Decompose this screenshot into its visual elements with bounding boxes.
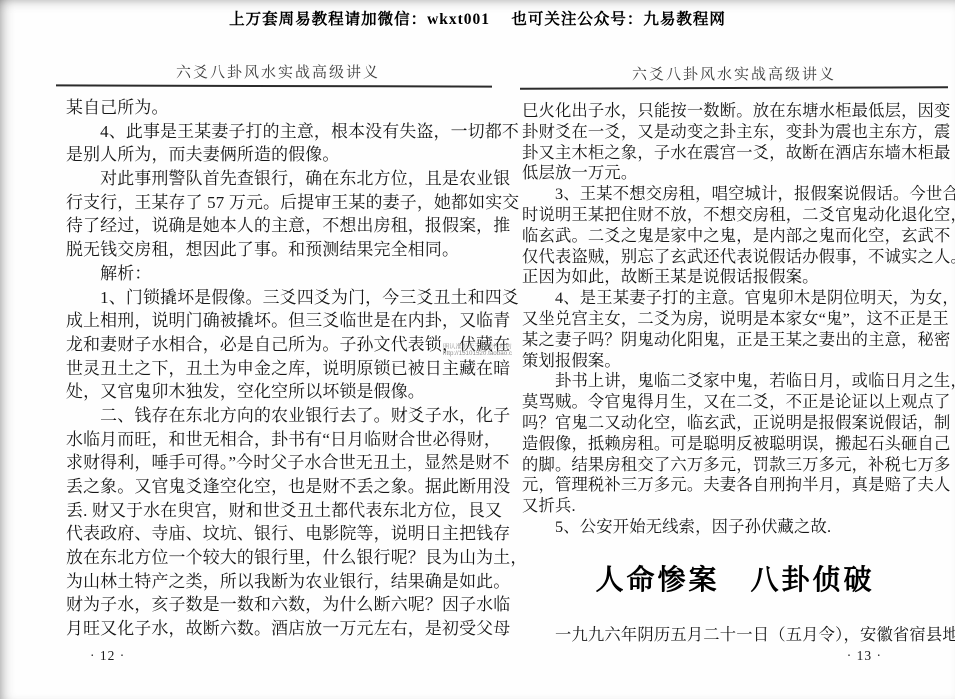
text-line: 求财得利，唾手可得。”今时父子水合世无丑土，显然是财不 xyxy=(66,451,490,475)
text-line: 为山林土特产之类，所以我断为农业银行，结果确是如此。 xyxy=(66,570,490,594)
text-line: 时说明王某把住财不放，不想交房租，二爻官鬼动化退化空， xyxy=(522,205,948,226)
text-line: 1、门锁撬坏是假像。三爻四爻为门，今三爻丑土和四爻 xyxy=(66,286,490,310)
text-line: 解析： xyxy=(66,262,490,286)
text-line: 水临月而旺，和世无相合，卦书有“日月临财合世必得财， xyxy=(66,428,490,452)
text-line: 成上相刑，说明门确被撬坏。但三爻临世是在内卦，又临青 xyxy=(66,309,490,333)
scanned-book-spread: 上万套周易教程请加微信：wkxt001 也可关注公众号：九易教程网 六爻八卦风水… xyxy=(0,0,955,699)
text-line: 丢. 财又于水在臾宫，财和世爻丑土都代表东北方位，艮又 xyxy=(66,499,490,523)
text-line: 龙和妻财子水相合，必是自己所为。子孙文代表锁，伏藏在 xyxy=(66,333,490,357)
text-line: 又折兵. xyxy=(522,496,948,517)
taobao-watermark: 明认准半天不打烊代理店 http://15101520.taobao.c xyxy=(443,344,537,356)
text-line: 脱无钱交房租，想因此了事。和预测结果完全相同。 xyxy=(66,238,490,262)
case-date-line: 一九九六年阴历五月二十一日（五月令），安徽省宿县地 xyxy=(522,621,948,645)
text-line: 对此事刑警队首先查银行，确在东北方位，且是农业银 xyxy=(66,167,490,191)
text-line: 策划报假案。 xyxy=(522,351,948,372)
text-line: 吗？官鬼二又动化空，临玄武，正说明是报假案说假话，制 xyxy=(522,413,948,434)
right-page-body: 巳火化出子水，只能按一数断。放在东塘水柜最低层，因变卦财爻在一爻，又是动变之卦主… xyxy=(522,101,948,538)
text-line: 5、公安开始无线索，因子孙伏藏之故. xyxy=(522,517,948,538)
text-line: 丢之象。又官鬼爻逢空化空，也是财不丢之象。据此断用没 xyxy=(66,475,490,499)
text-line: 代表政府、寺庙、坟坑、银行、电影院等，说明日主把钱存 xyxy=(66,522,490,546)
text-line: 仅代表盗贼，别忘了玄武还代表说假话办假事，不诚实之人。 xyxy=(522,247,948,268)
text-line: 放在东北方位一个较大的银行里，什么银行呢？艮为山为土， xyxy=(66,546,490,570)
text-line: 处，又官鬼卯木独发，空化空所以坏锁是假像。 xyxy=(66,380,490,404)
left-page-body: 某自己所为。 4、此事是王某妻子打的主意，根本没有失盗，一切都不是别人所为，而夫… xyxy=(66,96,490,641)
text-line: 3、王某不想交房租，唱空城计，报假案说假话。今世合 xyxy=(522,184,948,205)
text-line: 财为子水，亥子数是一数和六数，为什么断六呢？因子水临 xyxy=(66,593,490,617)
text-line: 待了经过，说确是她本人的主意，不想出房租，报假案，推 xyxy=(66,214,490,238)
text-line: 4、是王某妻子打的主意。官鬼卯木是阴位明天，为女， xyxy=(522,288,948,309)
text-line: 月旺又化子水，故断六数。酒店放一万元左右，是初受父母 xyxy=(66,617,490,641)
left-page-number: · 12 · xyxy=(90,648,125,664)
text-line: 巳火化出子水，只能按一数断。放在东塘水柜最低层，因变 xyxy=(522,101,948,122)
text-line: 某自己所为。 xyxy=(66,96,490,120)
text-line: 卦财爻在一爻，又是动变之卦主东，变卦为震也主东方，震 xyxy=(522,122,948,143)
right-page-number: · 13 · xyxy=(522,648,882,664)
promo-banner-text: 上万套周易教程请加微信：wkxt001 也可关注公众号：九易教程网 xyxy=(0,7,955,29)
text-line: 低层放一万元。 xyxy=(522,163,948,184)
text-line: 莫骂贼。令官鬼得月生，又在二爻，不正是论证以上观点了 xyxy=(522,392,948,413)
right-running-head: 六爻八卦风水实战高级讲义 xyxy=(522,63,946,84)
text-line: 是别人所为，而夫妻俩所造的假像。 xyxy=(66,143,490,167)
text-line: 卦书上讲，鬼临二爻家中鬼，若临日月，或临日月之生， xyxy=(522,371,948,392)
left-running-head: 六爻八卦风水实战高级讲义 xyxy=(66,61,490,82)
text-line: 行支行，王某存了 57 万元。后提审王某的妻子，她都如实交 xyxy=(66,191,490,215)
text-line: 元，管理税补三万多元。夫妻各自刑拘半月，真是赔了夫人 xyxy=(522,475,948,496)
text-line: 的脚。结果房租交了六万多元，罚款三万多元，补税七万多 xyxy=(522,455,948,476)
text-line: 又坐兑宫主女，二爻为房，说明是本家女“鬼”，这不正是王 xyxy=(522,309,948,330)
text-line: 造假像，抵赖房租。可是聪明反被聪明误，搬起石头砸自己 xyxy=(522,434,948,455)
text-line: 二、钱存在东北方向的农业银行去了。财爻子水，化子 xyxy=(66,404,490,428)
text-line: 4、此事是王某妻子打的主意，根本没有失盗，一切都不 xyxy=(66,120,490,144)
text-line: 临玄武。二爻之鬼是家中之鬼，是内部之鬼而化空，玄武不 xyxy=(522,226,948,247)
text-line: 某之妻子吗？阴鬼动化阳鬼，正是王某之妻出的主意，秘密 xyxy=(522,330,948,351)
left-header-rule xyxy=(56,84,492,87)
text-line: 世灵丑土之下，丑土为申金之库，说明原锁已被日主藏在暗 xyxy=(66,357,490,381)
text-line: 卦又主木柜之象，子水在震宫一爻，故断在酒店东墙木柜最 xyxy=(522,143,948,164)
watermark-url: http://15101520.taobao.c xyxy=(443,350,537,356)
right-header-rule xyxy=(520,86,948,89)
text-line: 正因为如此，故断王某是说假话报假案。 xyxy=(522,267,948,288)
section-title: 人命惨案 八卦侦破 xyxy=(522,558,948,598)
